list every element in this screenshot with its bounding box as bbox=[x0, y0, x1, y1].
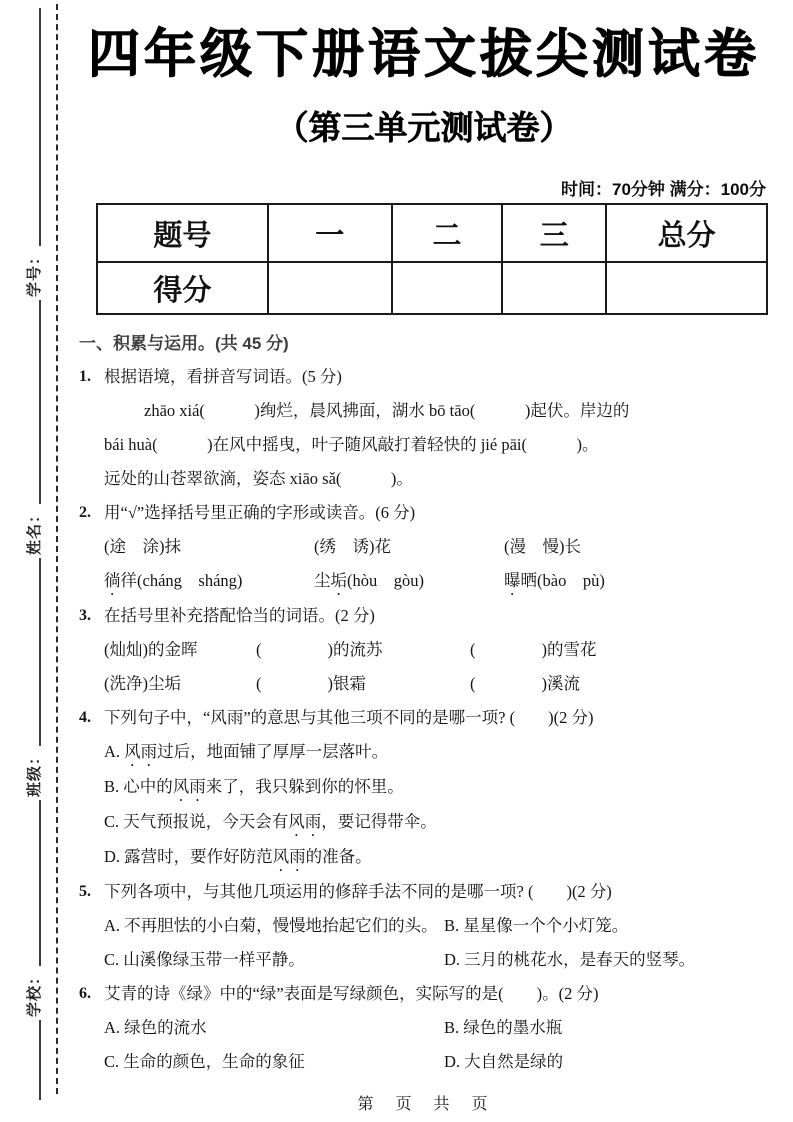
word-pair-row: (洗净)尘垢 ( )银霜 ( )溪流 bbox=[104, 667, 770, 701]
section-1-heading: 一、积累与运用。(共 45 分) bbox=[79, 329, 770, 354]
pinyin-line: 远处的山苍翠欲滴，姿态 xiāo sǎ( )。 bbox=[104, 462, 770, 496]
text-segment: 尘 bbox=[314, 571, 331, 590]
score-table-header-cell: 总分 bbox=[606, 204, 767, 262]
paper-subtitle: （第三单元测试卷） bbox=[78, 102, 770, 149]
word-pair-row: (灿灿)的金晖 ( )的流苏 ( )的雪花 bbox=[104, 633, 770, 667]
option-row: C. 山溪像绿玉带一样平静。 D. 三月的桃花水，是春天的竖琴。 bbox=[104, 943, 770, 977]
option-row: C. 生命的颜色，生命的象征 D. 大自然是绿的 bbox=[104, 1045, 770, 1079]
pinyin-line: bái huà( )在风中摇曳，叶子随风敲打着轻快的 jié pāi( )。 bbox=[104, 428, 770, 462]
score-cell-empty bbox=[606, 262, 767, 314]
question-6: 6. 艾青的诗《绿》中的“绿”表面是写绿颜色，实际写的是( )。(2 分) A.… bbox=[78, 977, 770, 1079]
score-table-header-cell: 二 bbox=[392, 204, 503, 262]
score-table-header-cell: 一 bbox=[268, 204, 392, 262]
page-footer: 第 页 共 页 bbox=[78, 1091, 770, 1114]
word-pair: (洗净)尘垢 bbox=[104, 667, 256, 701]
choice-item: (途 涂)抹 bbox=[104, 530, 314, 564]
question-stem: 用“√”选择括号里正确的字形或读音。(6 分) bbox=[104, 496, 770, 530]
fill-in-line bbox=[25, 300, 41, 504]
emphasized-text: 风雨 bbox=[288, 812, 321, 831]
score-cell-empty bbox=[392, 262, 503, 314]
option-c: C. 山溪像绿玉带一样平静。 bbox=[104, 943, 444, 977]
option-c: C. 生命的颜色，生命的象征 bbox=[104, 1045, 444, 1079]
choice-item: 尘垢(hòu gòu) bbox=[314, 564, 504, 599]
question-number: 2. bbox=[79, 496, 91, 530]
score-cell-empty bbox=[502, 262, 606, 314]
choice-item: (漫 慢)长 bbox=[504, 530, 581, 564]
option-d: D. 三月的桃花水，是春天的竖琴。 bbox=[444, 943, 695, 977]
word-pair: ( )的流苏 bbox=[256, 633, 470, 667]
option-a: A. 绿色的流水 bbox=[104, 1011, 444, 1045]
question-number: 5. bbox=[79, 875, 91, 909]
question-number: 4. bbox=[79, 701, 91, 735]
option-a: A. 风雨过后，地面铺了厚厚一层落叶。 bbox=[104, 735, 770, 770]
score-cell-empty bbox=[268, 262, 392, 314]
choice-row: 徜徉(cháng sháng) 尘垢(hòu gòu) 曝晒(bào pù) bbox=[104, 564, 770, 599]
score-table: 题号 一 二 三 总分 得分 bbox=[96, 203, 768, 315]
score-table-header-cell: 题号 bbox=[97, 204, 268, 262]
choice-item: 徜徉(cháng sháng) bbox=[104, 564, 314, 599]
word-pair: ( )银霜 bbox=[256, 667, 470, 701]
fill-in-line bbox=[25, 1020, 41, 1100]
question-stem: 在括号里补充搭配恰当的词语。(2 分) bbox=[104, 599, 770, 633]
student-id-label: 学号： bbox=[23, 246, 44, 300]
question-number: 6. bbox=[79, 977, 91, 1011]
word-pair: ( )溪流 bbox=[470, 667, 580, 701]
fill-in-line bbox=[25, 800, 41, 966]
score-table-header-cell: 三 bbox=[502, 204, 606, 262]
question-3: 3. 在括号里补充搭配恰当的词语。(2 分) (灿灿)的金晖 ( )的流苏 ( … bbox=[78, 599, 770, 701]
text-segment: D. 露营时，要作好防范 bbox=[104, 847, 273, 866]
pinyin-line: zhāo xiá( )绚烂，晨风拂面，湖水 bō tāo( )起伏。岸边的 bbox=[104, 394, 770, 428]
text-segment: 来了，我只躲到你的怀里。 bbox=[206, 777, 404, 796]
question-1: 1. 根据语境，看拼音写词语。(5 分) zhāo xiá( )绚烂，晨风拂面，… bbox=[78, 360, 770, 496]
option-d: D. 大自然是绿的 bbox=[444, 1045, 563, 1079]
option-row: A. 不再胆怯的小白菊，慢慢地抬起它们的头。 B. 星星像一个个小灯笼。 bbox=[104, 909, 770, 943]
option-b: B. 星星像一个个小灯笼。 bbox=[444, 909, 628, 943]
choice-row: (途 涂)抹 (绣 诱)花 (漫 慢)长 bbox=[104, 530, 770, 564]
text-segment: B. 心中的 bbox=[104, 777, 173, 796]
student-info-margin: 学校： 班级： 姓名： 学号： bbox=[12, 0, 54, 1122]
text-segment: 徉(cháng sháng) bbox=[121, 571, 243, 590]
text-segment: (hòu gòu) bbox=[347, 571, 424, 590]
question-stem: 下列各项中，与其他几项运用的修辞手法不同的是哪一项? ( )(2 分) bbox=[104, 875, 770, 909]
text-segment: 晒(bào pù) bbox=[521, 571, 605, 590]
class-label: 班级： bbox=[23, 746, 44, 800]
student-info-rotated: 学校： 班级： 姓名： 学号： bbox=[12, 8, 54, 1100]
question-stem: 艾青的诗《绿》中的“绿”表面是写绿颜色，实际写的是( )。(2 分) bbox=[104, 977, 770, 1011]
fold-dashed-line bbox=[56, 4, 58, 1094]
time-score-info: 时间：70分钟 满分：100分 bbox=[78, 175, 770, 200]
option-b: B. 心中的风雨来了，我只躲到你的怀里。 bbox=[104, 770, 770, 805]
option-d: D. 露营时，要作好防范风雨的准备。 bbox=[104, 840, 770, 875]
choice-item: 曝晒(bào pù) bbox=[504, 564, 605, 599]
word-pair: ( )的雪花 bbox=[470, 633, 597, 667]
paper-title: 四年级下册语文拔尖测试卷 bbox=[78, 26, 770, 84]
school-label: 学校： bbox=[23, 966, 44, 1020]
option-b: B. 绿色的墨水瓶 bbox=[444, 1011, 562, 1045]
option-row: A. 绿色的流水 B. 绿色的墨水瓶 bbox=[104, 1011, 770, 1045]
question-stem: 根据语境，看拼音写词语。(5 分) bbox=[104, 360, 770, 394]
question-4: 4. 下列句子中，“风雨”的意思与其他三项不同的是哪一项? ( )(2 分) A… bbox=[78, 701, 770, 875]
text-segment: ，要记得带伞。 bbox=[321, 812, 437, 831]
text-segment: C. 天气预报说，今天会有 bbox=[104, 812, 288, 831]
question-5: 5. 下列各项中，与其他几项运用的修辞手法不同的是哪一项? ( )(2 分) A… bbox=[78, 875, 770, 977]
text-segment: A. bbox=[104, 742, 124, 761]
question-2: 2. 用“√”选择括号里正确的字形或读音。(6 分) (途 涂)抹 (绣 诱)花… bbox=[78, 496, 770, 599]
option-c: C. 天气预报说，今天会有风雨，要记得带伞。 bbox=[104, 805, 770, 840]
emphasized-text: 风雨 bbox=[273, 847, 306, 866]
emphasized-text: 风雨 bbox=[173, 777, 206, 796]
emphasized-text: 曝 bbox=[504, 571, 521, 590]
score-row-label: 得分 bbox=[97, 262, 268, 314]
choice-item: (绣 诱)花 bbox=[314, 530, 504, 564]
option-a: A. 不再胆怯的小白菊，慢慢地抬起它们的头。 bbox=[104, 909, 444, 943]
test-paper: 四年级下册语文拔尖测试卷 （第三单元测试卷） 时间：70分钟 满分：100分 题… bbox=[78, 0, 770, 1079]
text-segment: 过后，地面铺了厚厚一层落叶。 bbox=[157, 742, 388, 761]
question-number: 1. bbox=[79, 360, 91, 394]
question-number: 3. bbox=[79, 599, 91, 633]
word-pair: (灿灿)的金晖 bbox=[104, 633, 256, 667]
emphasized-text: 垢 bbox=[331, 571, 348, 590]
emphasized-text: 徜 bbox=[104, 571, 121, 590]
emphasized-text: 风雨 bbox=[124, 742, 157, 761]
fill-in-line bbox=[25, 8, 41, 246]
question-stem: 下列句子中，“风雨”的意思与其他三项不同的是哪一项? ( )(2 分) bbox=[104, 701, 770, 735]
text-segment: 的准备。 bbox=[306, 847, 372, 866]
fill-in-line bbox=[25, 558, 41, 746]
name-label: 姓名： bbox=[23, 504, 44, 558]
